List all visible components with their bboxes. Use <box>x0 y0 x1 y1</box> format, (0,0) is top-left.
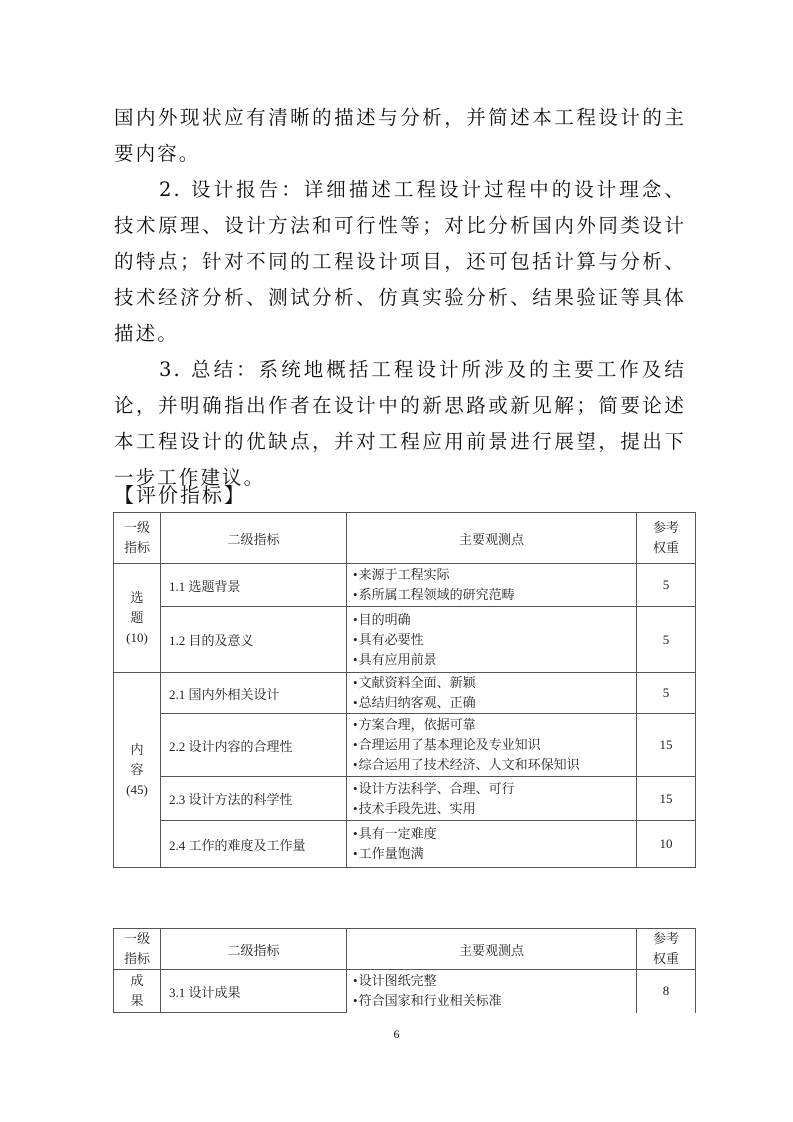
observation-point: 工作量饱满 <box>353 844 636 864</box>
observation-cell: 文献资料全面、新颖 总结归纳客观、正确 <box>347 673 637 714</box>
level2-cell: 2.3 设计方法的科学性 <box>161 777 347 821</box>
observation-point: 目的明确 <box>353 610 636 630</box>
table-row: 选 题 (10) 1.1 选题背景 来源于工程实际 系所属工程领域的研究范畴 5 <box>114 564 696 607</box>
header-text: 指标 <box>114 949 160 969</box>
weight-cell: 10 <box>637 821 696 868</box>
header-observation: 主要观测点 <box>347 929 637 970</box>
weight-cell: 8 <box>637 970 696 1013</box>
table-row: 内 容 (45) 2.1 国内外相关设计 文献资料全面、新颖 总结归纳客观、正确… <box>114 673 696 714</box>
header-level1: 一级 指标 <box>114 513 161 564</box>
header-text: 一级 <box>114 929 160 949</box>
observation-point: 设计方法科学、合理、可行 <box>353 779 636 799</box>
observation-point: 方案合理，依据可靠 <box>353 715 636 735</box>
header-level2: 二级指标 <box>161 513 347 564</box>
observation-point: 系所属工程领域的研究范畴 <box>353 585 636 605</box>
header-text: 一级 <box>114 518 160 538</box>
table-row: 成 果 3.1 设计成果 设计图纸完整 符合国家和行业相关标准 8 <box>114 970 696 1013</box>
paragraph-summary: 3. 总结：系统地概括工程设计所涉及的主要工作及结论，并明确指出作者在设计中的新… <box>114 352 686 496</box>
observation-point: 设计图纸完整 <box>353 971 636 991</box>
level1-text: 容 <box>114 760 160 780</box>
level1-text: 内 <box>114 740 160 760</box>
observation-point: 来源于工程实际 <box>353 565 636 585</box>
observation-cell: 设计图纸完整 符合国家和行业相关标准 <box>347 970 637 1013</box>
table-header-row: 一级 指标 二级指标 主要观测点 参考 权重 <box>114 929 696 970</box>
weight-cell: 5 <box>637 564 696 607</box>
level1-text: 果 <box>114 991 160 1011</box>
weight-cell: 15 <box>637 777 696 821</box>
level2-cell: 1.2 目的及意义 <box>161 607 347 673</box>
header-level1: 一级 指标 <box>114 929 161 970</box>
header-text: 权重 <box>637 538 695 558</box>
observation-point: 技术手段先进、实用 <box>353 799 636 819</box>
observation-cell: 目的明确 具有必要性 具有应用前景 <box>347 607 637 673</box>
body-text: 国内外现状应有清晰的描述与分析，并简述本工程设计的主要内容。 2. 设计报告：详… <box>114 100 686 496</box>
header-text: 指标 <box>114 538 160 558</box>
page-number: 6 <box>0 1027 793 1042</box>
evaluation-table-2: 一级 指标 二级指标 主要观测点 参考 权重 成 果 3.1 设计成果 设计图纸… <box>113 928 696 1013</box>
paragraph-design-report: 2. 设计报告：详细描述工程设计过程中的设计理念、技术原理、设计方法和可行性等；… <box>114 172 686 352</box>
level1-cell-result: 成 果 <box>114 970 161 1013</box>
section-heading-evaluation-criteria: 【评价指标】 <box>114 477 246 513</box>
level2-cell: 2.2 设计内容的合理性 <box>161 714 347 777</box>
weight-cell: 5 <box>637 673 696 714</box>
level2-cell: 2.4 工作的难度及工作量 <box>161 821 347 868</box>
weight-cell: 15 <box>637 714 696 777</box>
table-header-row: 一级 指标 二级指标 主要观测点 参考 权重 <box>114 513 696 564</box>
level1-text: 成 <box>114 971 160 991</box>
header-observation: 主要观测点 <box>347 513 637 564</box>
level2-cell: 2.1 国内外相关设计 <box>161 673 347 714</box>
header-text: 权重 <box>637 949 695 969</box>
observation-point: 具有应用前景 <box>353 650 636 670</box>
observation-cell: 具有一定难度 工作量饱满 <box>347 821 637 868</box>
level1-text: 题 <box>114 608 160 628</box>
level1-score: (10) <box>114 628 160 648</box>
evaluation-table-1: 一级 指标 二级指标 主要观测点 参考 权重 选 题 (10) 1.1 选题背景… <box>113 512 696 868</box>
table-row: 2.3 设计方法的科学性 设计方法科学、合理、可行 技术手段先进、实用 15 <box>114 777 696 821</box>
header-text: 参考 <box>637 518 695 538</box>
observation-point: 具有必要性 <box>353 630 636 650</box>
observation-point: 总结归纳客观、正确 <box>353 693 636 713</box>
level1-cell-topic: 选 题 (10) <box>114 564 161 673</box>
level1-text: 选 <box>114 588 160 608</box>
table-row: 2.2 设计内容的合理性 方案合理，依据可靠 合理运用了基本理论及专业知识 综合… <box>114 714 696 777</box>
paragraph-1-continuation: 国内外现状应有清晰的描述与分析，并简述本工程设计的主要内容。 <box>114 100 686 172</box>
header-level2: 二级指标 <box>161 929 347 970</box>
observation-point: 具有一定难度 <box>353 824 636 844</box>
observation-point: 符合国家和行业相关标准 <box>353 991 636 1011</box>
table-row: 2.4 工作的难度及工作量 具有一定难度 工作量饱满 10 <box>114 821 696 868</box>
header-weight: 参考 权重 <box>637 929 696 970</box>
observation-point: 文献资料全面、新颖 <box>353 673 636 693</box>
table-row: 1.2 目的及意义 目的明确 具有必要性 具有应用前景 5 <box>114 607 696 673</box>
level2-cell: 1.1 选题背景 <box>161 564 347 607</box>
observation-cell: 方案合理，依据可靠 合理运用了基本理论及专业知识 综合运用了技术经济、人文和环保… <box>347 714 637 777</box>
observation-cell: 来源于工程实际 系所属工程领域的研究范畴 <box>347 564 637 607</box>
weight-cell: 5 <box>637 607 696 673</box>
observation-point: 综合运用了技术经济、人文和环保知识 <box>353 755 636 775</box>
level2-cell: 3.1 设计成果 <box>161 970 347 1013</box>
observation-point: 合理运用了基本理论及专业知识 <box>353 735 636 755</box>
level1-score: (45) <box>114 780 160 800</box>
level1-cell-content: 内 容 (45) <box>114 673 161 868</box>
header-text: 参考 <box>637 929 695 949</box>
observation-cell: 设计方法科学、合理、可行 技术手段先进、实用 <box>347 777 637 821</box>
header-weight: 参考 权重 <box>637 513 696 564</box>
